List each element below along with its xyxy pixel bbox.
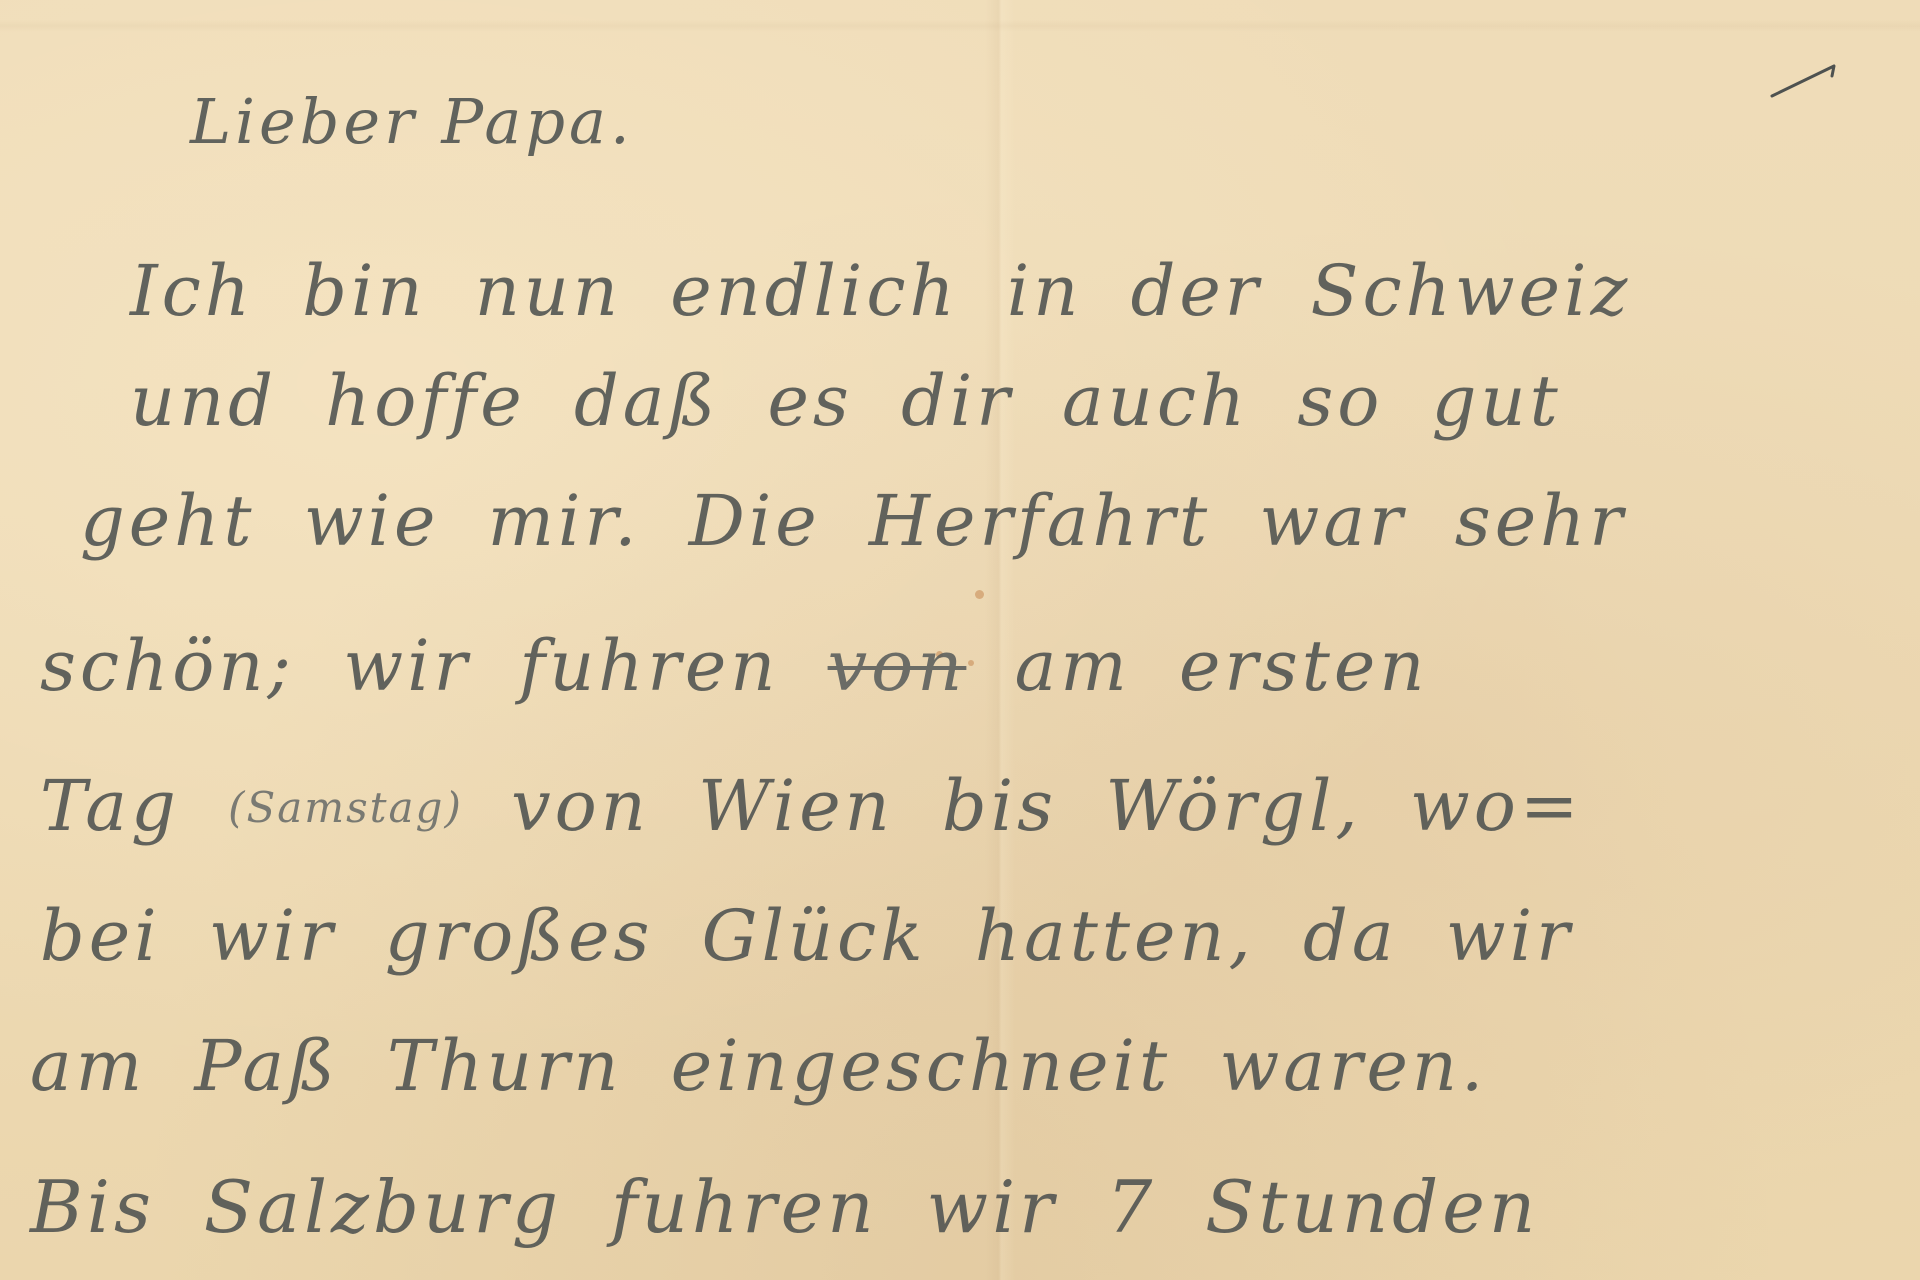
letter-line-1: Ich bin nun endlich in der Schweiz [130, 250, 1631, 332]
struck-through-word: von [828, 625, 967, 707]
line-text: am ersten [966, 625, 1428, 707]
line-text: bei wir großes Glück hatten, da wir [40, 895, 1574, 977]
line-text: am Paß Thurn eingeschneit waren. [30, 1025, 1487, 1107]
horizontal-fold-crease [0, 20, 1920, 32]
parenthetical-note: (Samstag) [228, 783, 463, 832]
letter-line-7: am Paß Thurn eingeschneit waren. [30, 1025, 1487, 1107]
letter-line-4: schön; wir fuhren von am ersten [40, 625, 1428, 707]
line-text: Ich bin nun endlich in der Schweiz [130, 250, 1631, 332]
line-text: Bis Salzburg fuhren wir 7 Stunden [30, 1165, 1539, 1249]
line-text: geht wie mir. Die Herfahrt war sehr [80, 480, 1627, 562]
line-text: von Wien bis Wörgl, wo= [463, 765, 1583, 847]
letter-line-6: bei wir großes Glück hatten, da wir [40, 895, 1574, 977]
line-text: Tag [40, 765, 228, 847]
salutation: Lieber Papa. [190, 85, 634, 158]
line-text: schön; wir fuhren [40, 625, 828, 707]
letter-line-3: geht wie mir. Die Herfahrt war sehr [80, 480, 1627, 562]
foxing-stain [975, 590, 984, 599]
line-text: und hoffe daß es dir auch so gut [130, 360, 1562, 442]
page-number-mark [1770, 60, 1840, 100]
letter-line-8: Bis Salzburg fuhren wir 7 Stunden [30, 1165, 1539, 1249]
letter-line-5: Tag (Samstag) von Wien bis Wörgl, wo= [40, 765, 1583, 847]
letter-line-2: und hoffe daß es dir auch so gut [130, 360, 1562, 442]
